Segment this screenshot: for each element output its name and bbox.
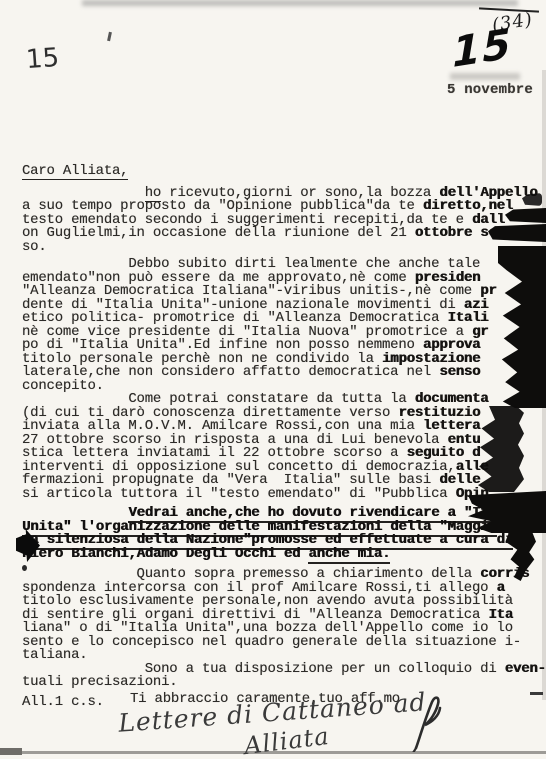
scan-artifact-tick-mark — [107, 32, 112, 41]
scanned-letter-page: 15 (34) 15 5 novembre Caro Alliata, ho r… — [0, 0, 546, 759]
handwritten-page-number-left: 15 — [25, 43, 60, 75]
scan-artifact-bottom-tick — [0, 748, 22, 755]
handwritten-page-number-right: 15 — [452, 19, 513, 77]
letter-body: Caro Alliata, ho ricevuto,giorni or sono… — [22, 165, 546, 711]
paragraphs: ho ricevuto,giorni or sono,la bozza dell… — [22, 187, 546, 690]
paragraph: ho ricevuto,giorni or sono,la bozza dell… — [22, 187, 546, 255]
text-line: so. — [22, 241, 546, 255]
margin-arrow-dot — [22, 565, 27, 571]
paragraph: Sono a tua disposizione per un colloquio… — [22, 663, 546, 690]
toner-smudge — [488, 224, 546, 242]
paragraph: Come potrai constatare da tutta la docum… — [22, 393, 546, 501]
handwritten-paraph-mark — [406, 692, 450, 752]
paragraph: Debbo subito dirti lealmente che anche t… — [22, 258, 546, 393]
scan-artifact-top-band — [82, 0, 518, 6]
attachment-note: All.1 c.s. — [22, 696, 104, 710]
text-line: si articola tuttora il "testo emendato" … — [22, 488, 546, 502]
text-line: sento e lo concepisco nel quadro general… — [22, 636, 546, 650]
letter-date: 5 novembre — [447, 82, 533, 98]
paragraph: Quanto sopra premesso a chiarimento dell… — [22, 568, 546, 663]
paragraph: Vedrai anche,che ho dovuto rivendicare a… — [22, 507, 546, 561]
salutation: Caro Alliata, — [22, 163, 128, 180]
text-line: tuali precisazioni. — [22, 676, 546, 690]
text-line: on Guglielmi,in occasione della riunione… — [22, 227, 546, 241]
margin-dash-mark — [530, 692, 543, 695]
